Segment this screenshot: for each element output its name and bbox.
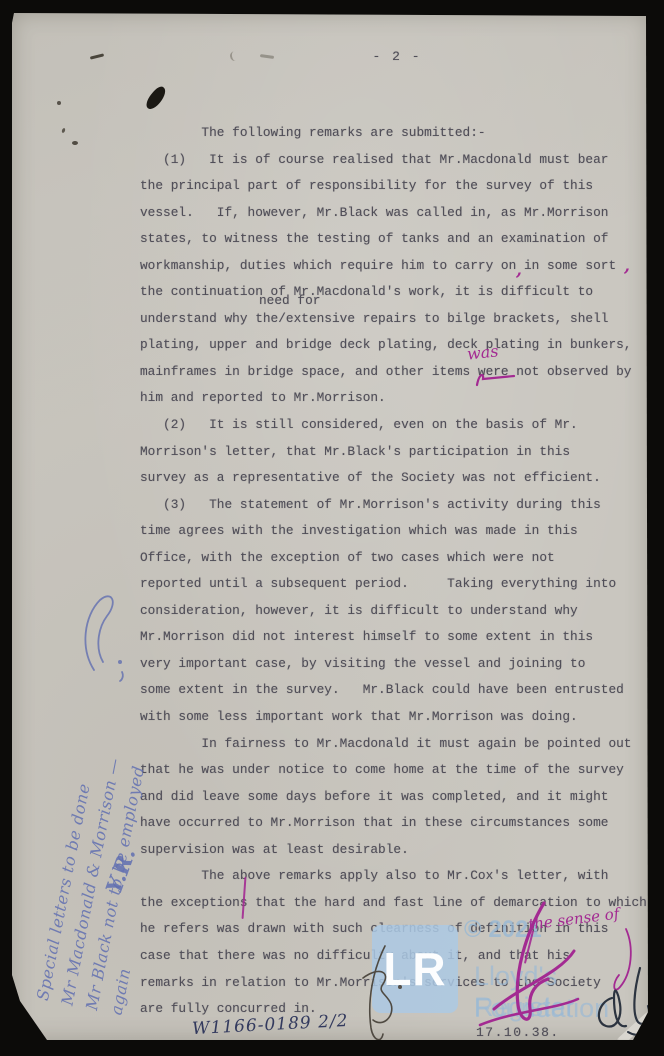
typed-line: the principal part of responsibility for… xyxy=(140,173,648,200)
blue-ink-flourish xyxy=(72,588,134,684)
typed-line: him and reported to Mr.Morrison. xyxy=(140,385,648,412)
crease-bottom-left xyxy=(15,1016,47,1040)
page-number: - 2 - xyxy=(352,49,442,64)
typed-line: (1) It is of course realised that Mr.Mac… xyxy=(140,147,648,174)
typed-line: workmanship, duties which require him to… xyxy=(140,253,648,280)
typed-insertion-need-for: need for xyxy=(259,293,320,308)
typed-line: have occurred to Mr.Morrison that in the… xyxy=(140,810,648,837)
inserted-comma-after-sort: , xyxy=(624,256,630,276)
paper-tear-fleck xyxy=(143,84,168,112)
pencil-signature xyxy=(347,938,417,1040)
typed-line: states, to witness the testing of tanks … xyxy=(140,226,648,253)
handwritten-correction-was: was xyxy=(466,341,499,363)
paper-speck xyxy=(61,128,66,134)
paper-speck xyxy=(57,101,61,105)
typed-line: Mr.Morrison did not interest himself to … xyxy=(140,624,648,651)
typed-line: the continuation of Mr.Macdonald's work,… xyxy=(140,279,648,306)
inserted-comma-after-on: , xyxy=(516,260,522,280)
black-ink-signature xyxy=(584,960,648,1040)
typed-line: (2) It is still considered, even on the … xyxy=(140,412,648,439)
typed-line: that he was under notice to come home at… xyxy=(140,757,648,784)
magenta-ink-signature xyxy=(464,891,586,1040)
typed-line: with some less important work that Mr.Mo… xyxy=(140,704,648,731)
typed-line: survey as a representative of the Societ… xyxy=(140,465,648,492)
typed-line: some extent in the survey. Mr.Black coul… xyxy=(140,677,648,704)
typed-line: very important case, by visiting the ves… xyxy=(140,651,648,678)
typed-line: Office, with the exception of two cases … xyxy=(140,545,648,572)
typed-line: Morrison's letter, that Mr.Black's parti… xyxy=(140,439,648,466)
typed-line: In fairness to Mr.Macdonald it must agai… xyxy=(140,731,648,758)
paper-sheet: - 2 - The following remarks are submitte… xyxy=(12,13,648,1040)
typed-body-text: The following remarks are submitted:- (1… xyxy=(140,120,648,1023)
typed-line: and did leave some days before it was co… xyxy=(140,784,648,811)
typed-line: The following remarks are submitted:- xyxy=(140,120,648,147)
typed-line: time agrees with the investigation which… xyxy=(140,518,648,545)
typed-line: reported until a subsequent period. Taki… xyxy=(140,571,648,598)
typed-line: mainframes in bridge space, and other it… xyxy=(140,359,648,386)
strikethrough-were xyxy=(474,369,518,389)
typed-line: plating, upper and bridge deck plating, … xyxy=(140,332,648,359)
faint-pencil-mark xyxy=(229,50,241,62)
scanned-document-page: { "page": { "number_label": "- 2 -", "da… xyxy=(0,0,664,1056)
faint-pencil-mark xyxy=(260,54,274,59)
typed-line: The above remarks apply also to Mr.Cox's… xyxy=(140,863,648,890)
typed-line: (3) The statement of Mr.Morrison's activ… xyxy=(140,492,648,519)
paper-speck xyxy=(72,141,78,145)
pencil-mark xyxy=(90,53,104,59)
typed-line: consideration, however, it is difficult … xyxy=(140,598,648,625)
typed-line: supervision was at least desirable. xyxy=(140,837,648,864)
typed-line: understand why the/extensive repairs to … xyxy=(140,306,648,333)
typed-line: vessel. If, however, Mr.Black was called… xyxy=(140,200,648,227)
